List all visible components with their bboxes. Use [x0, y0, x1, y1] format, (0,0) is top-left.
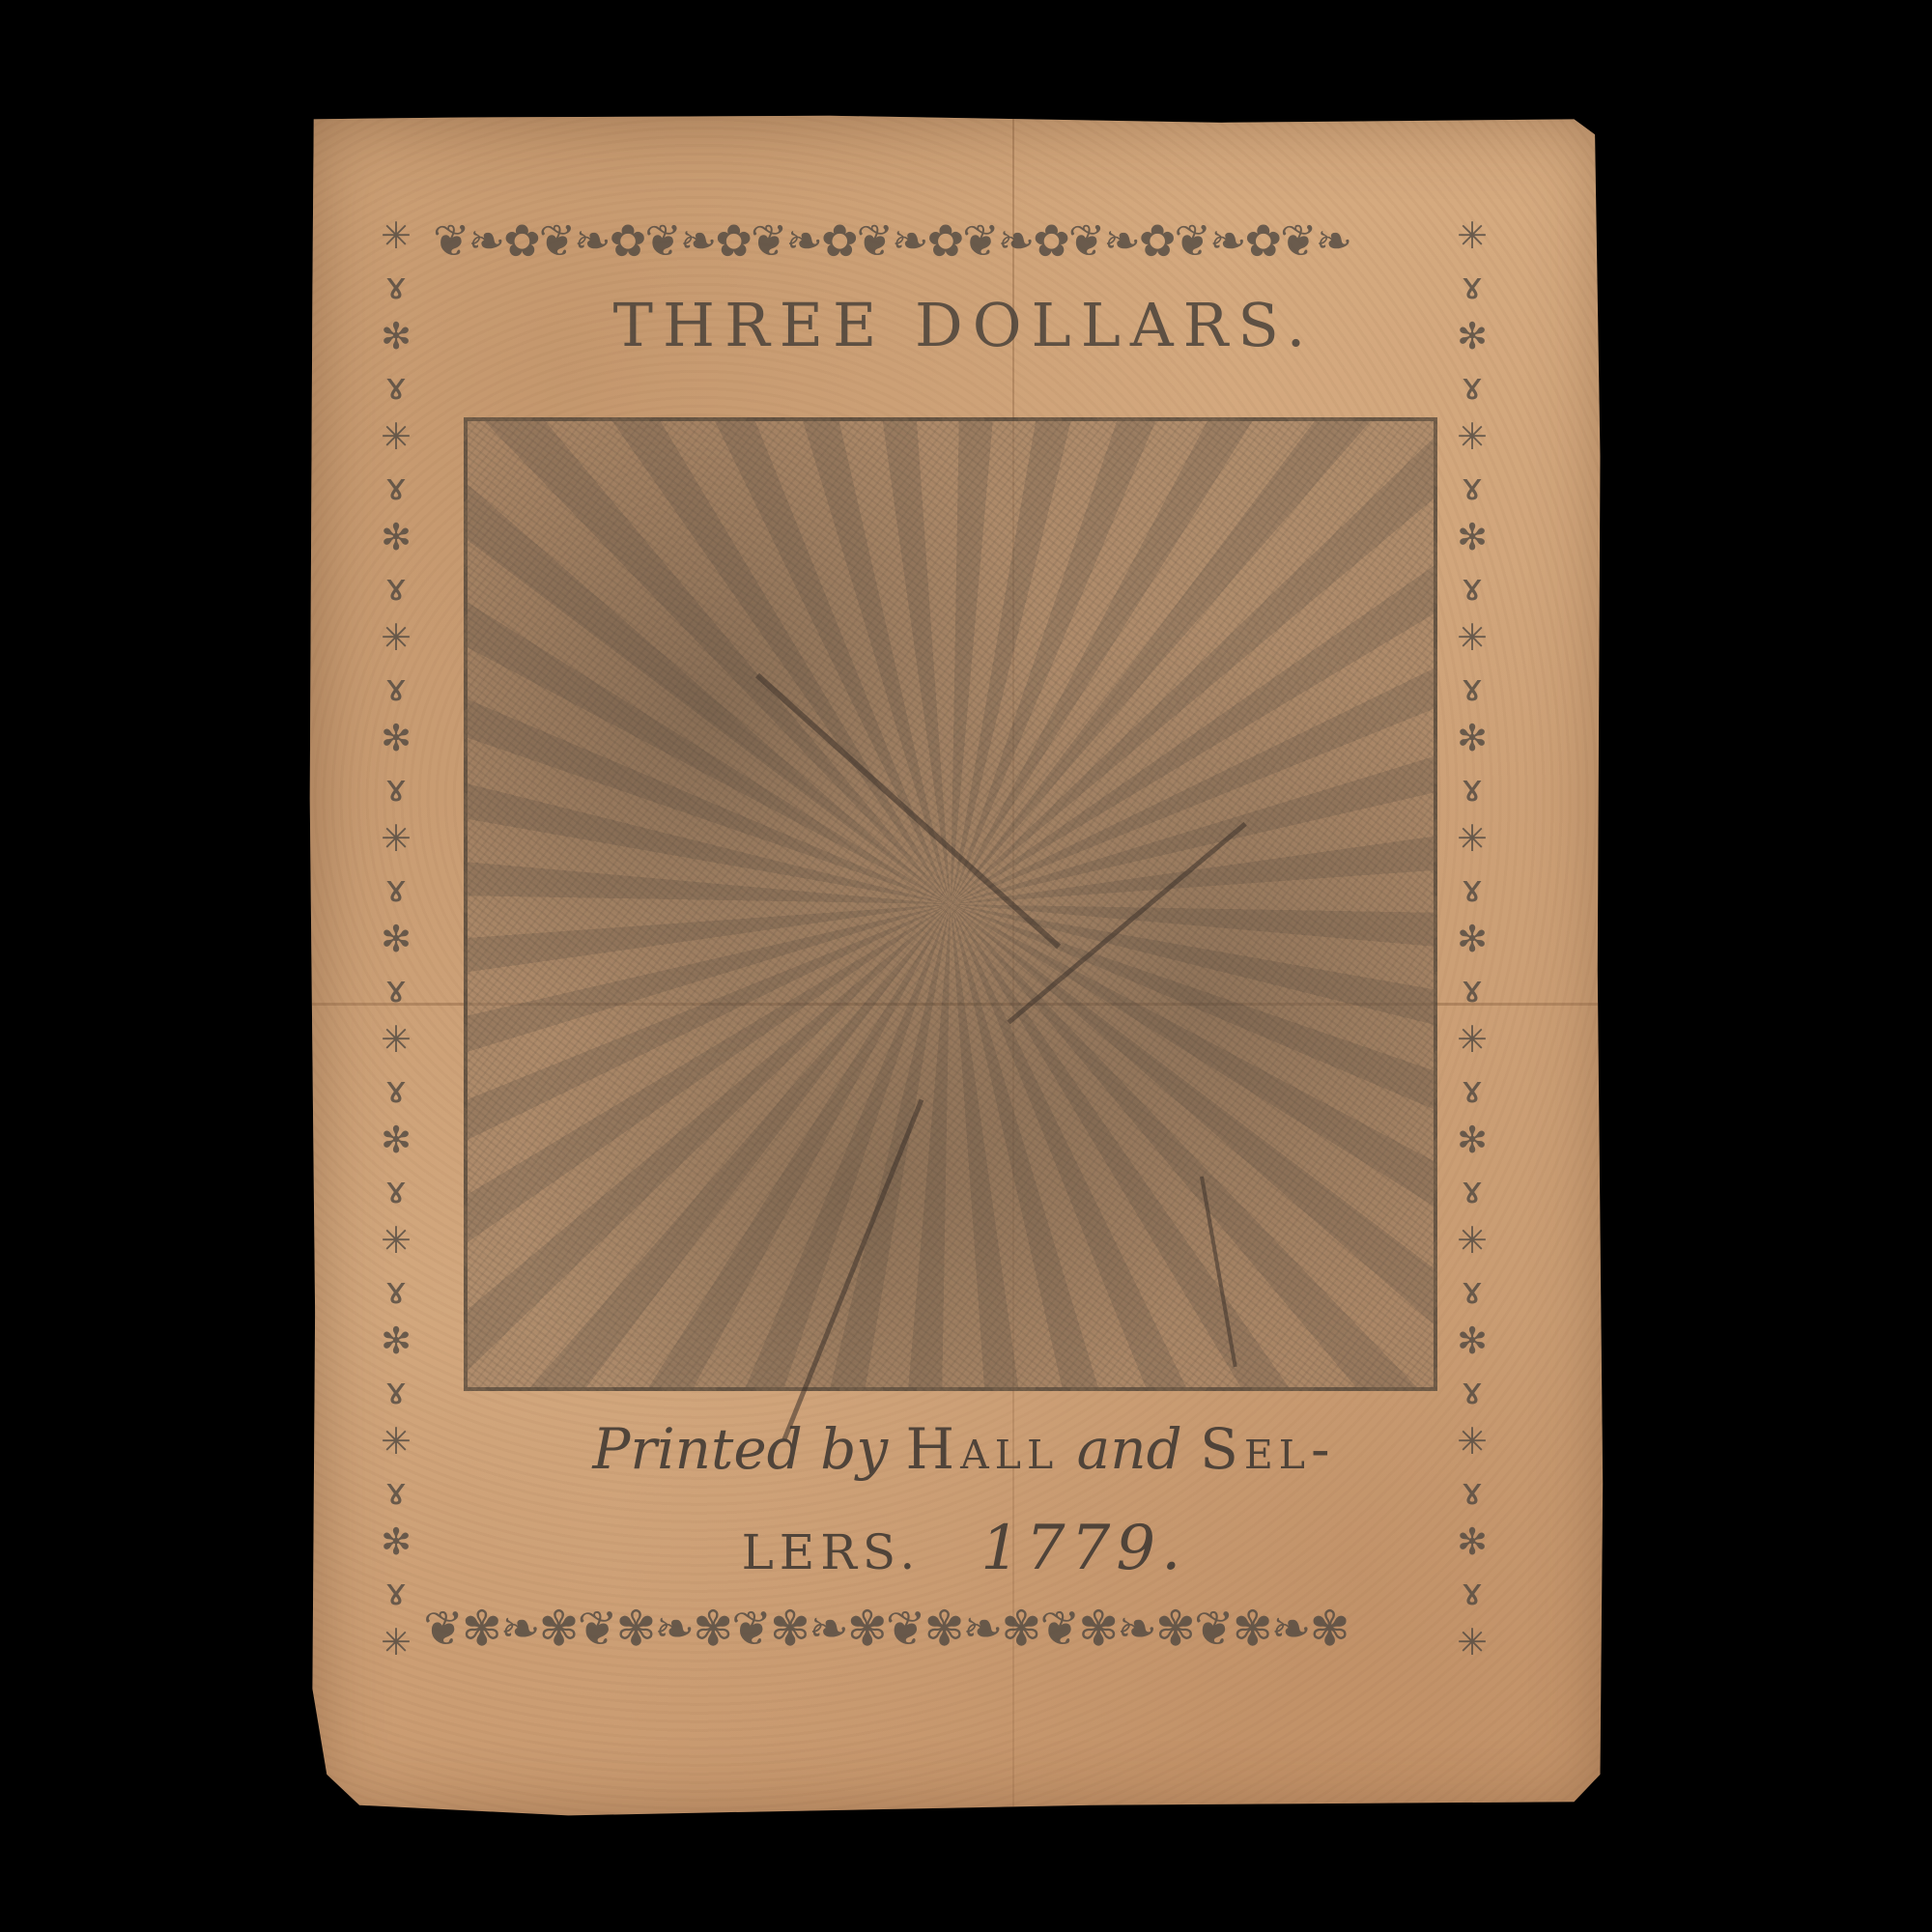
- ornamental-border-bottom: ❦✾❧✾❦✾❧✾❦✾❧✾❦✾❧✾❦✾❧✾❦✾❧✾: [423, 1590, 1495, 1667]
- printer-imprint-line-2: LERS. 1779.: [423, 1513, 1505, 1584]
- printer-name: Hall: [906, 1416, 1060, 1482]
- denomination-heading: THREE DOLLARS.: [452, 290, 1476, 360]
- printer-imprint-line-1: Printed by Hall and Sel-: [423, 1416, 1505, 1482]
- leaf-stem: [755, 673, 1061, 949]
- printer-name-continued: LERS.: [742, 1524, 922, 1580]
- printer-name: Sel-: [1200, 1416, 1336, 1482]
- ornamental-border-left: ✳ ɤ ✻ ɤ ✳ ɤ ✻ ɤ ✳ ɤ ✻ ɤ ✳ ɤ ✻ ɤ ✳ ɤ ✻ ɤ …: [367, 211, 425, 1679]
- leaf-vein: [1007, 822, 1246, 1025]
- ornamental-border-top: ❦❧✿❦❧✿❦❧✿❦❧✿❦❧✿❦❧✿❦❧✿❦❧✿❦❧: [433, 207, 1486, 274]
- imprint-text: and: [1077, 1416, 1182, 1482]
- banknote: ❦❧✿❦❧✿❦❧✿❦❧✿❦❧✿❦❧✿❦❧✿❦❧✿❦❧ ✳ ɤ ✻ ɤ ✳ ɤ ✻…: [307, 114, 1613, 1826]
- nature-print-leaf-vignette: [464, 417, 1437, 1391]
- leaf-stem: [781, 1099, 923, 1441]
- imprint-text: Printed by: [592, 1416, 888, 1482]
- crack-line: [1200, 1177, 1237, 1368]
- issue-year: 1779.: [980, 1513, 1186, 1584]
